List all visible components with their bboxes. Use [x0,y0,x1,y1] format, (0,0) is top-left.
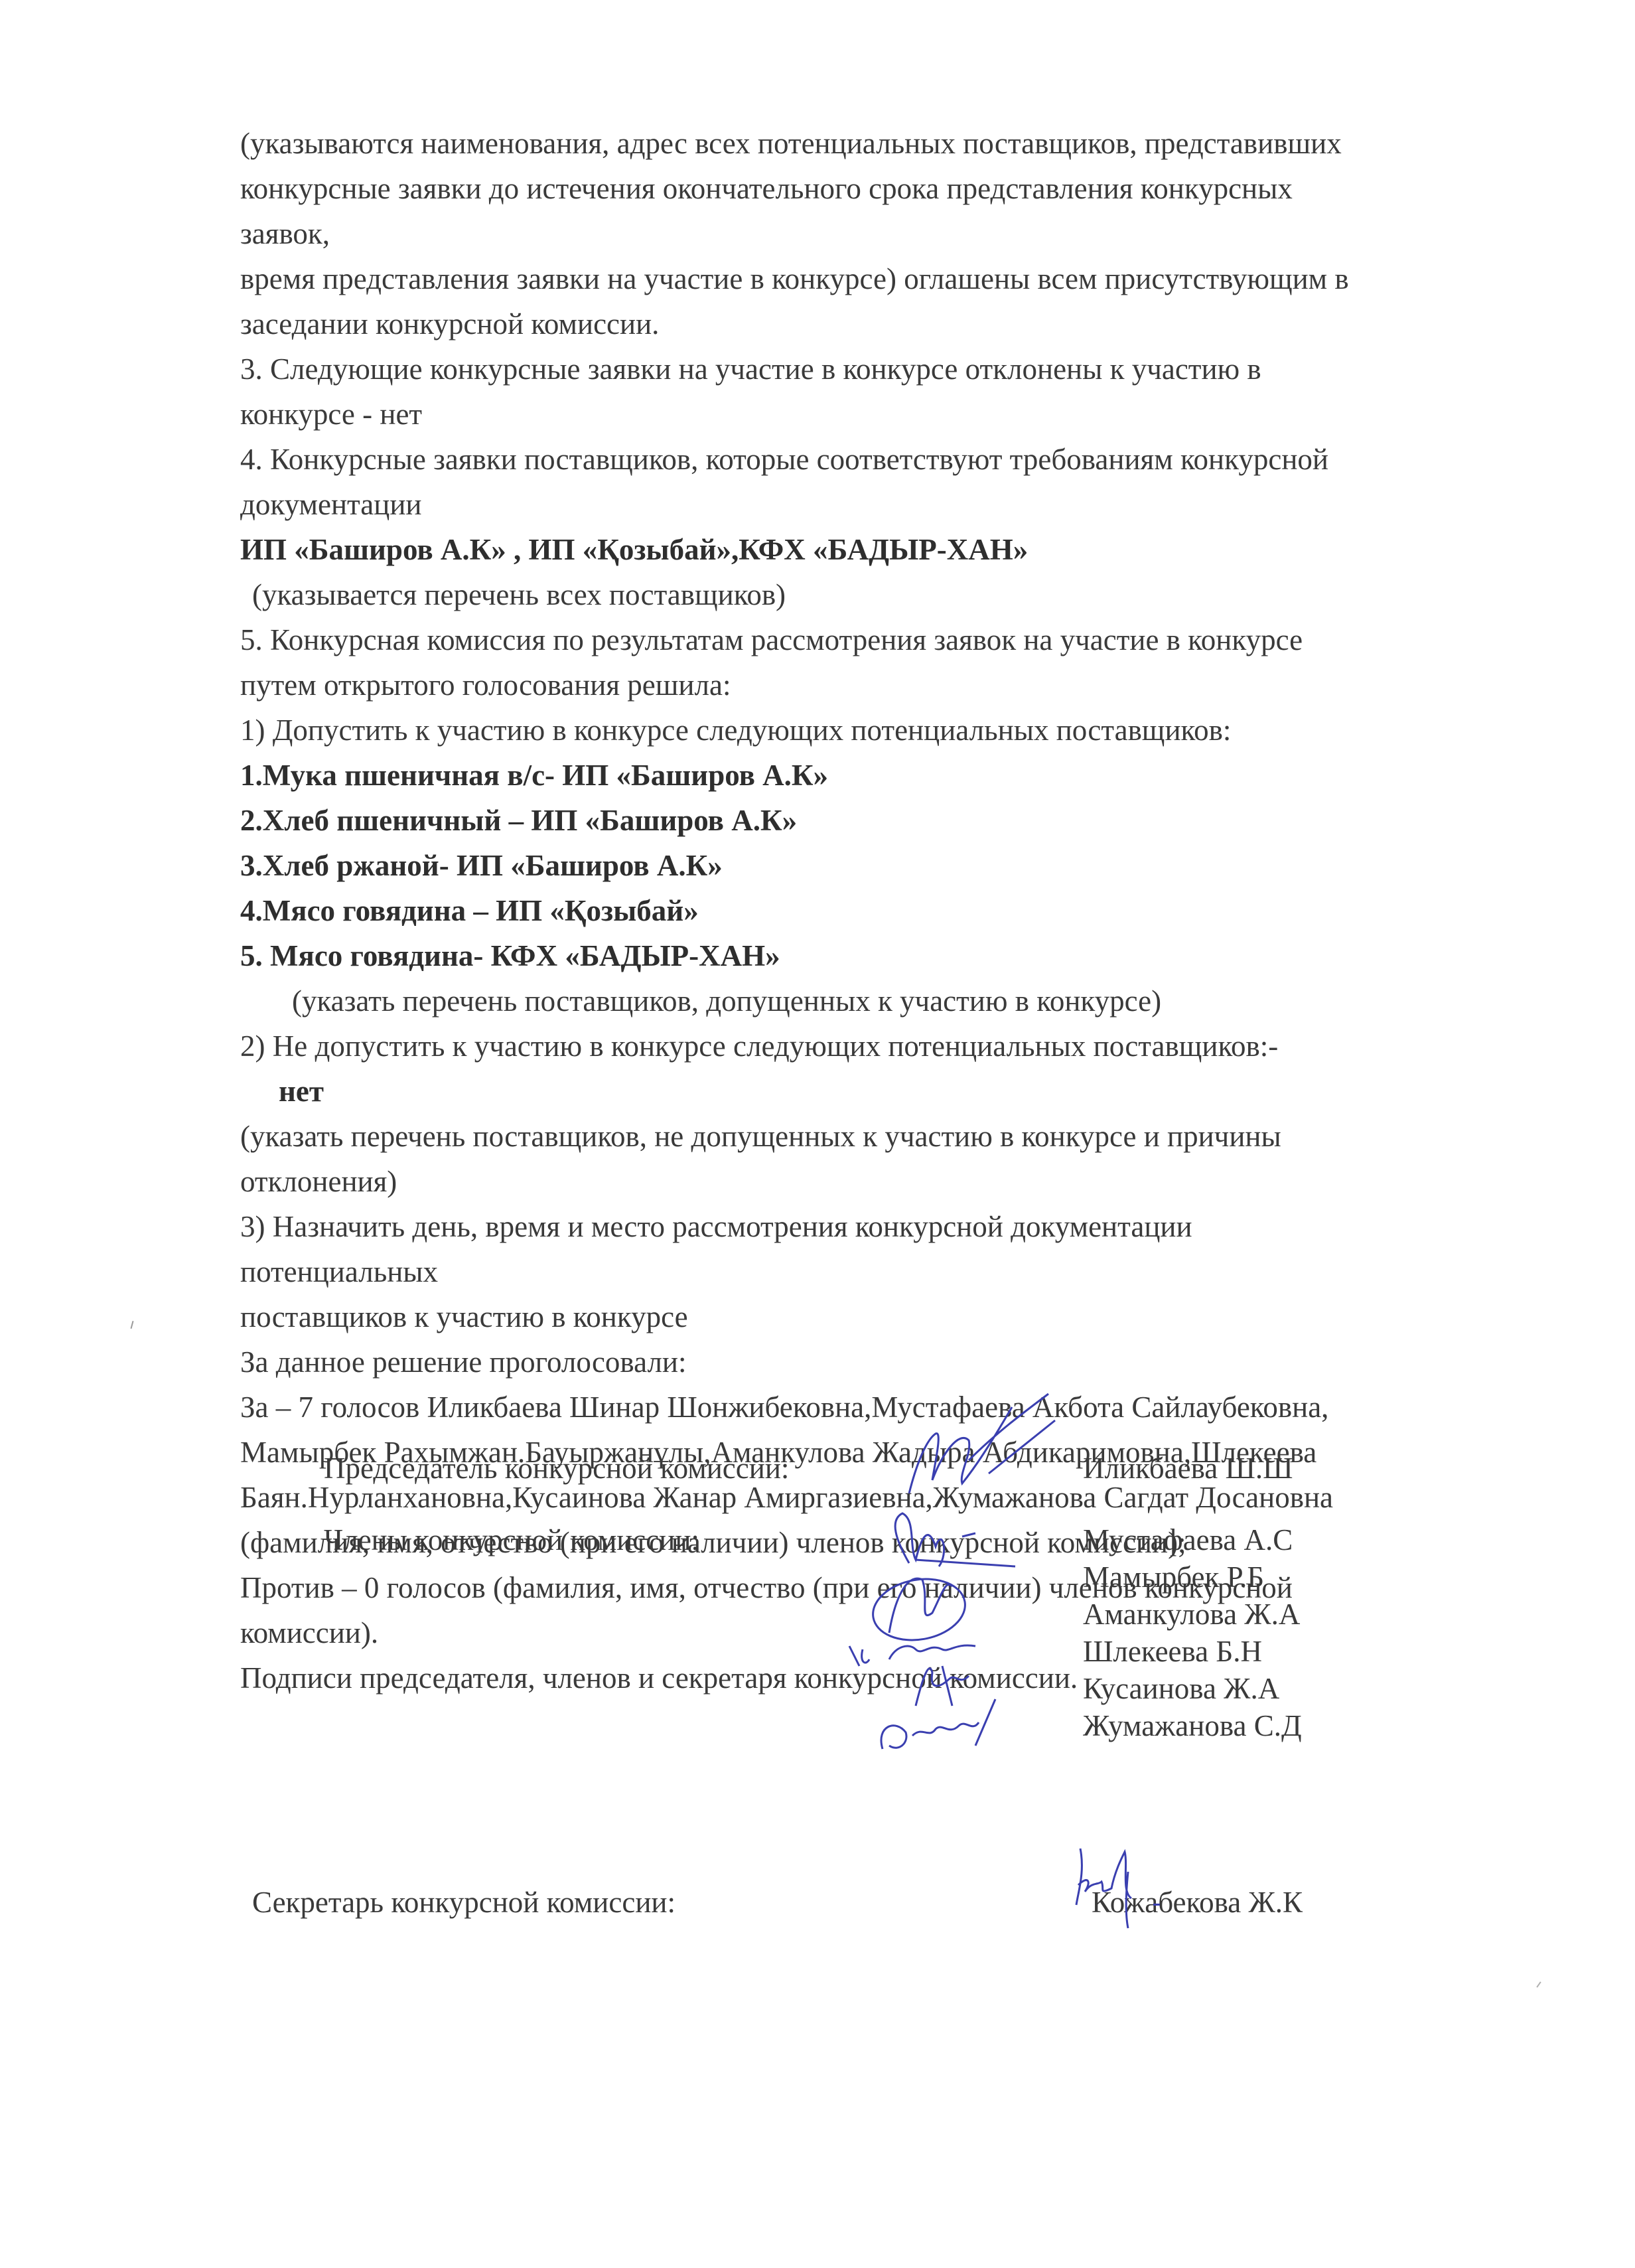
paragraph-line: заявок, [240,211,1488,256]
paragraph-line: заседании конкурсной комиссии. [240,301,1488,346]
chairman-label: Председатель конкурсной комиссии: [324,1450,789,1487]
members-signatures [843,1507,1095,1762]
vote-for: За – 7 голосов Иликбаева Шинар Шонжибеко… [240,1385,1488,1430]
rejected-none: нет [240,1069,1488,1114]
paragraph-line: поставщиков к участию в конкурсе [240,1294,1488,1339]
document-page: (указываются наименования, адрес всех по… [0,0,1635,2268]
paragraph-line: (указываются наименования, адрес всех по… [240,121,1488,166]
paragraph-line: время представления заявки на участие в … [240,256,1488,301]
paragraph-line: путем открытого голосования решила: [240,662,1488,708]
admitted-item: 5. Мясо говядина- КФХ «БАДЫР-ХАН» [240,933,1488,978]
paragraph-line: документации [240,482,1488,527]
admitted-item: 3.Хлеб ржаной- ИП «Баширов А.К» [240,843,1488,888]
decision-3: 3) Назначить день, время и место рассмот… [240,1204,1488,1249]
paragraph-line: потенциальных [240,1249,1488,1294]
paragraph-line: конкурсе - нет [240,392,1488,437]
member-name: Мустафаева А.С [1083,1521,1293,1558]
member-name: Аманкулова Ж.А [1083,1596,1300,1633]
admitted-item: 1.Мука пшеничная в/с- ИП «Баширов А.К» [240,753,1488,798]
scan-speck [130,1321,133,1329]
paragraph-note: (указывается перечень всех поставщиков) [240,572,1488,617]
admitted-item: 4.Мясо говядина – ИП «Қозыбай» [240,888,1488,933]
scan-speck [1536,1981,1541,1987]
paragraph-line: отклонения) [240,1159,1488,1204]
member-name: Мамырбек Р.Б [1083,1558,1264,1596]
member-name: Шлекеева Б.Н [1083,1633,1262,1670]
chairman-signature [896,1394,1068,1503]
section-5-heading: 5. Конкурсная комиссия по результатам ра… [240,617,1488,662]
section-3-heading: 3. Следующие конкурсные заявки на участи… [240,346,1488,392]
decision-2: 2) Не допустить к участию в конкурсе сле… [240,1023,1488,1069]
paragraph-note: (указать перечень поставщиков, допущенны… [240,978,1488,1023]
members-label: Члены конкурсной комиссии: [324,1521,699,1558]
secretary-label: Секретарь конкурсной комиссии: [252,1884,675,1921]
member-name: Жумажанова С.Д [1083,1707,1302,1744]
paragraph-line: конкурсные заявки до истечения окончател… [240,166,1488,211]
suppliers-list: ИП «Баширов А.К» , ИП «Қозыбай»,КФХ «БАД… [240,527,1488,572]
vote-heading: За данное решение проголосовали: [240,1339,1488,1385]
decision-1: 1) Допустить к участию в конкурсе следую… [240,708,1488,753]
section-4-heading: 4. Конкурсные заявки поставщиков, которы… [240,437,1488,482]
member-name: Кусаинова Ж.А [1083,1670,1279,1707]
chairman-name: Иликбаева Ш.Ш [1083,1450,1293,1487]
paragraph-note: (указать перечень поставщиков, не допуще… [240,1114,1488,1159]
admitted-item: 2.Хлеб пшеничный – ИП «Баширов А.К» [240,798,1488,843]
dash-mark [1153,1904,1160,1906]
secretary-signature [1075,1845,1155,1935]
